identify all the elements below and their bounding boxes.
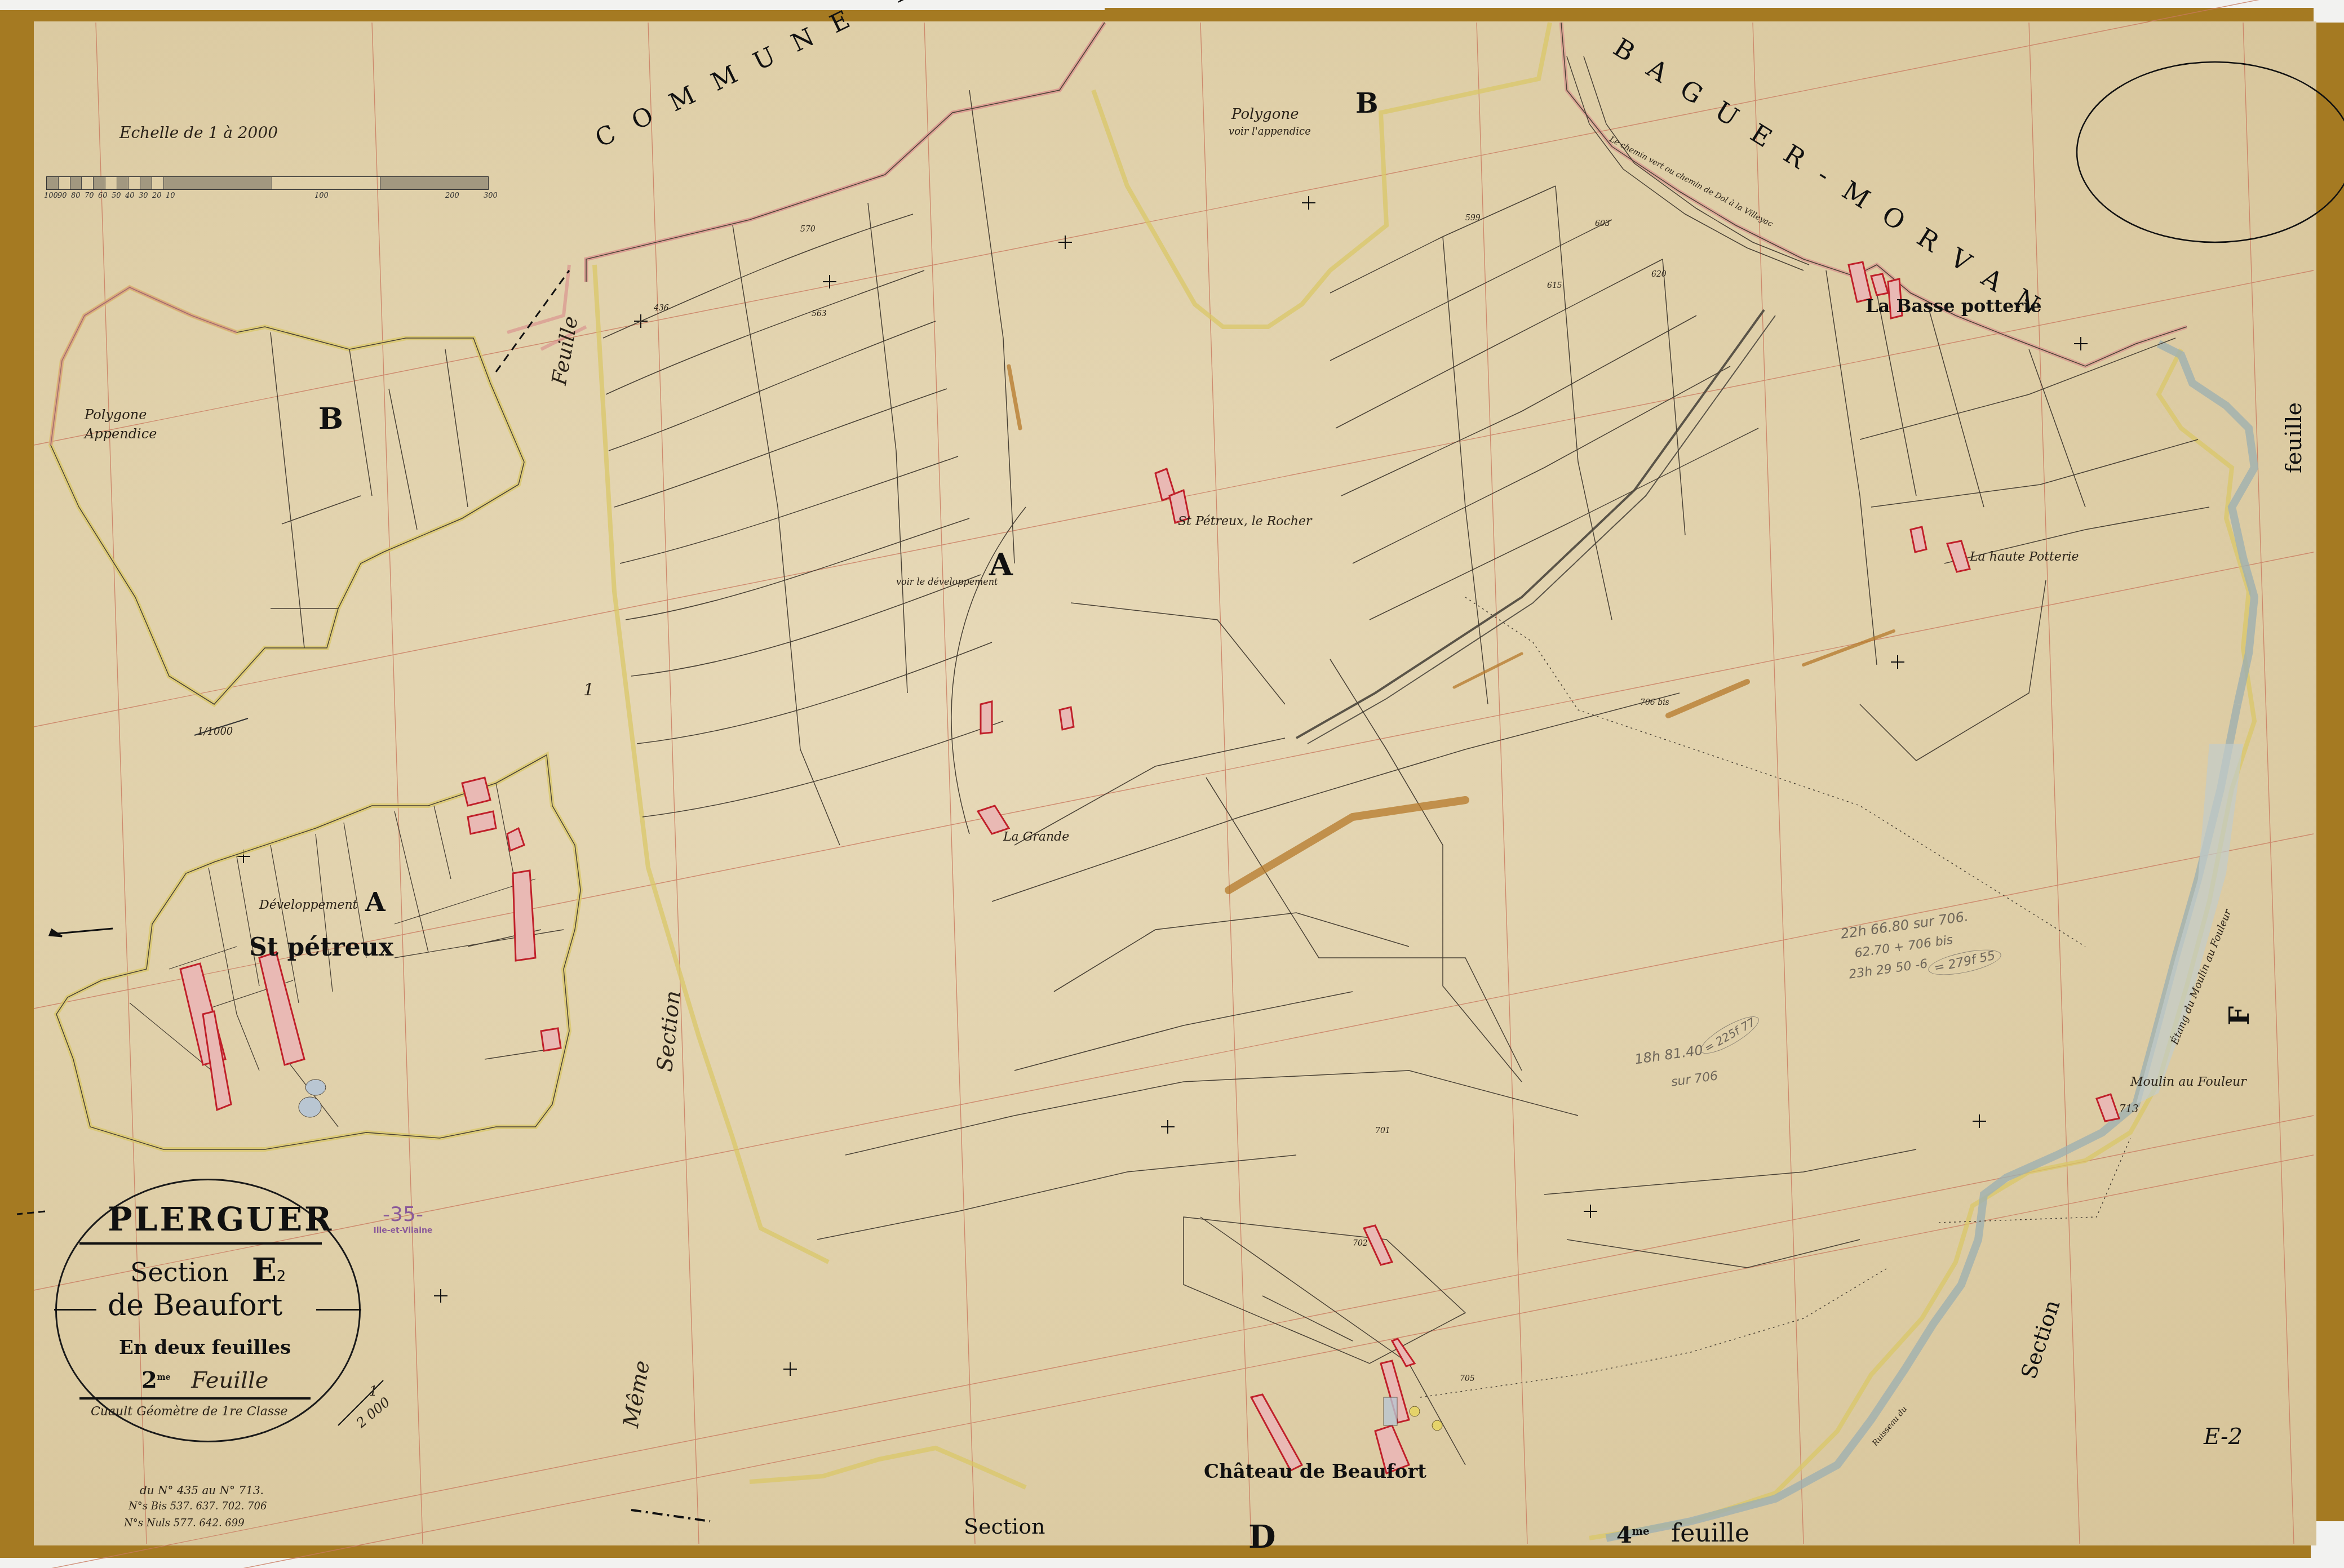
parcel-number: 563: [812, 310, 827, 318]
parcel-number: 713: [2119, 1104, 2138, 1114]
parcel-number: 620: [1651, 270, 1667, 278]
label-voir-developpement: voir le développement: [896, 578, 998, 587]
label-polygone-top-note: voir l'appendice: [1229, 127, 1311, 137]
cartouche-section-name: de Beaufort: [108, 1291, 282, 1320]
cartouche-sheets: En deux feuilles: [119, 1338, 291, 1357]
parcels-range: du N° 435 au N° 713.: [140, 1485, 264, 1496]
label-la-grande: La Grande: [1003, 831, 1069, 843]
parcel-number: 701: [1375, 1127, 1390, 1135]
section-b-top: B: [1355, 90, 1379, 117]
section-a-main: A: [989, 549, 1013, 580]
label-la-basse-potterie: La Basse potterie: [1866, 297, 2042, 315]
parcel-number: 615: [1547, 282, 1562, 290]
label-section-bottom: Section: [964, 1516, 1045, 1537]
cartouche-sheet: 2me Feuille: [141, 1369, 268, 1392]
label-st-petreux-rocher: St Pétreux, le Rocher: [1178, 516, 1312, 528]
label-one-left: 1: [583, 682, 594, 699]
label-st-petreux: St pétreux: [249, 935, 393, 960]
scale-bar: [46, 176, 489, 190]
sheet-id: E-2: [2204, 1425, 2243, 1448]
bis-numbers: N°s Bis 537. 637. 702. 706: [129, 1502, 267, 1512]
label-chateau-de-beaufort: Château de Beaufort: [1204, 1462, 1426, 1481]
section-f: F: [2226, 1006, 2253, 1025]
label-developpement: Développement: [259, 899, 357, 912]
title-cartouche: PLERGUER Section E2 de Beaufort En deux …: [55, 1179, 361, 1442]
cartouche-commune: PLERGUER: [108, 1203, 334, 1236]
label-la-haute-potterie: La haute Potterie: [1970, 551, 2079, 563]
section-d: D: [1248, 1521, 1276, 1553]
archive-stamp: -35- Ille-et-Vilaine: [364, 1203, 442, 1235]
scale-ticks: 100 90 80 70 60 50 40 30 20 10 100 200 3…: [44, 192, 495, 203]
cadastral-map-sheet: Echelle de 1 à 2000 100 90 80 70 60 50 4…: [0, 0, 2344, 1568]
cartouche-section: Section E2: [130, 1254, 286, 1286]
parcel-number: 706 bis: [1640, 699, 1669, 707]
section-a-inset: A: [365, 889, 386, 915]
label-feuille-right: feuille: [2283, 402, 2305, 473]
parcel-number: 702: [1353, 1240, 1368, 1247]
parcel-number: 570: [800, 225, 816, 233]
survey-grid: [34, 0, 2314, 1568]
label-fourth-feuille: feuille: [1671, 1521, 1749, 1546]
parcel-number: 436: [654, 304, 669, 312]
parcel-number: 705: [1460, 1375, 1475, 1383]
null-numbers: N°s Nuls 577. 642. 699: [124, 1518, 245, 1529]
section-b-inset: B: [318, 405, 343, 434]
label-moulin: Moulin au Fouleur: [2130, 1076, 2246, 1089]
label-polygone-appendice: Polygone Appendice: [85, 406, 169, 443]
fourth-sheet-number: 4me: [1616, 1524, 1649, 1547]
parcel-number: 603: [1595, 220, 1610, 228]
cartouche-ratio: 1 2 000: [354, 1380, 393, 1424]
grid-crosses: [237, 196, 2088, 1376]
cartouche-surveyor: Cuault Géomètre de 1re Classe: [91, 1406, 287, 1418]
label-polygone-top: Polygone: [1231, 107, 1299, 122]
inset-ratio: 1/1000: [197, 727, 233, 737]
scale-title: Echelle de 1 à 2000: [119, 125, 278, 141]
parcel-number: 599: [1465, 214, 1481, 222]
